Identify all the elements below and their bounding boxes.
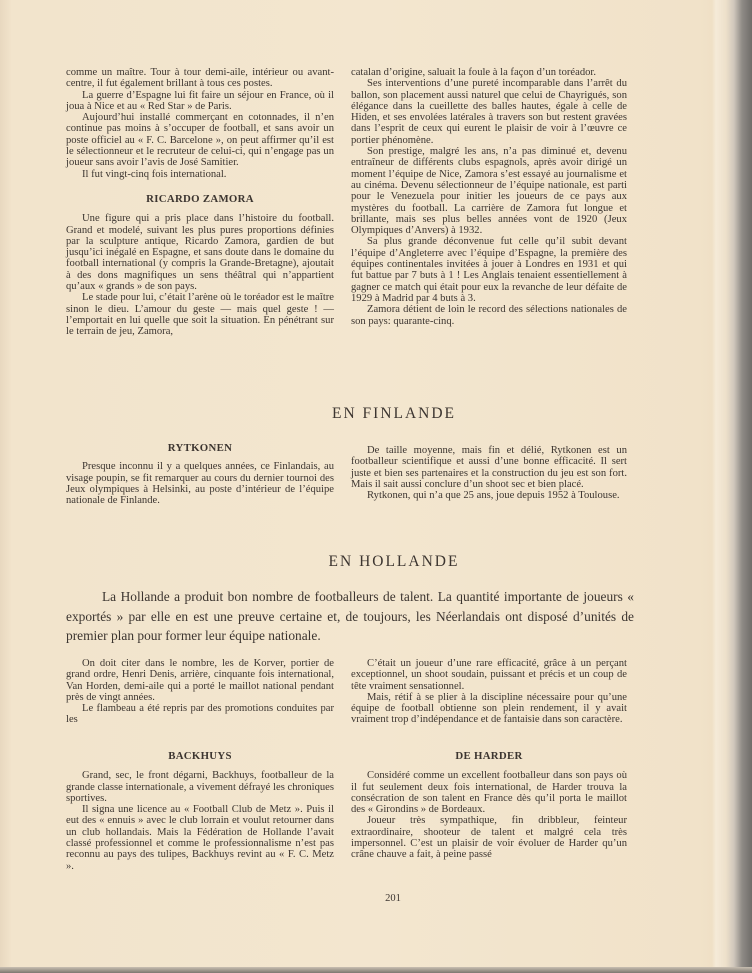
finland-right-column: De taille moyenne, mais fin et délié, Ry… <box>351 445 627 501</box>
paragraph: On doit citer dans le nombre, les de Kor… <box>66 658 334 703</box>
book-page: comme un maître. Tour à tour demi-aile, … <box>0 0 752 973</box>
paragraph: Rytkonen, qui n’a que 25 ans, joue depui… <box>351 490 627 501</box>
paragraph: Joueur très sympathique, fin dribbleur, … <box>351 815 627 860</box>
zamora-heading: RICARDO ZAMORA <box>66 194 334 205</box>
rytkonen-heading: RYTKONEN <box>66 443 334 454</box>
holland-right-column: C’était un joueur d’une rare efficacité,… <box>351 658 627 726</box>
paragraph: comme un maître. Tour à tour demi-aile, … <box>66 67 334 90</box>
intro-paragraph: La Hollande a produit bon nombre de foot… <box>66 587 634 646</box>
section-title-finland: EN FINLANDE <box>0 405 752 423</box>
paragraph: C’était un joueur d’une rare efficacité,… <box>351 658 627 692</box>
spain-left-column: comme un maître. Tour à tour demi-aile, … <box>66 67 334 338</box>
paragraph: Mais, rétif à se plier à la discipline n… <box>351 692 627 726</box>
paragraph: Il signa une licence au « Football Club … <box>66 804 334 872</box>
paragraph: De taille moyenne, mais fin et délié, Ry… <box>351 445 627 490</box>
paragraph: Aujourd’hui installé commerçant en coton… <box>66 112 334 168</box>
paragraph: Considéré comme un excellent footballeur… <box>351 770 627 815</box>
section-title-holland: EN HOLLANDE <box>0 553 752 571</box>
de-harder-section: DE HARDER Considéré comme un excellent f… <box>351 751 627 861</box>
paragraph: Presque inconnu il y a quelques années, … <box>66 461 334 506</box>
paragraph: Son prestige, malgré les ans, n’a pas di… <box>351 146 627 236</box>
de-harder-heading: DE HARDER <box>351 751 627 762</box>
backhuys-heading: BACKHUYS <box>66 751 334 762</box>
finland-left-column: RYTKONEN Presque inconnu il y a quelques… <box>66 443 334 506</box>
paragraph: Le flambeau a été repris par des promoti… <box>66 703 334 726</box>
paragraph: catalan d’origine, saluait la foule à la… <box>351 67 627 78</box>
page-number: 201 <box>0 893 752 904</box>
paragraph: Grand, sec, le front dégarni, Backhuys, … <box>66 770 334 804</box>
backhuys-section: BACKHUYS Grand, sec, le front dégarni, B… <box>66 751 334 872</box>
spain-right-column: catalan d’origine, saluait la foule à la… <box>351 67 627 327</box>
paragraph: La guerre d’Espagne lui fit faire un séj… <box>66 90 334 113</box>
holland-intro: La Hollande a produit bon nombre de foot… <box>66 587 634 646</box>
holland-left-column: On doit citer dans le nombre, les de Kor… <box>66 658 334 726</box>
paragraph: Une figure qui a pris place dans l’histo… <box>66 213 334 292</box>
page-bottom-edge <box>0 967 752 973</box>
paragraph: Il fut vingt-cinq fois international. <box>66 169 334 180</box>
paragraph: Sa plus grande déconvenue fut celle qu’i… <box>351 236 627 304</box>
paragraph: Zamora détient de loin le record des sél… <box>351 304 627 327</box>
paragraph: Ses interventions d’une pureté incompara… <box>351 78 627 146</box>
paragraph: Le stade pour lui, c’était l’arène où le… <box>66 292 334 337</box>
